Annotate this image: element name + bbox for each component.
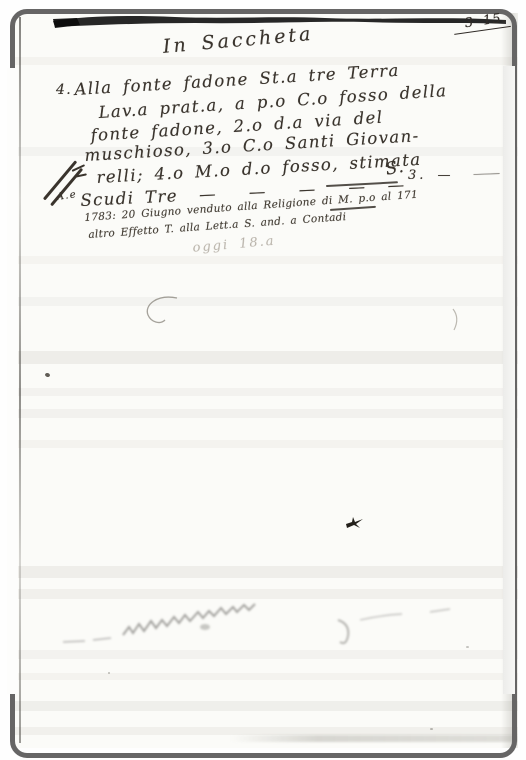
pencil-note: oggi 18.a [192, 234, 276, 256]
valuation-symbol: S. [384, 157, 406, 180]
folio-number: 3 15. [452, 10, 511, 35]
paper-speck [466, 646, 469, 648]
entry-number: 4. [56, 82, 72, 98]
reference-underline [330, 206, 376, 211]
section-heading: In Saccheta [162, 23, 314, 58]
stray-curve-mark [448, 307, 462, 333]
paper-speck [108, 672, 110, 674]
ink-dot [45, 372, 51, 377]
scanner-fiber-mark [141, 294, 183, 330]
valuation-far-dash: — [472, 166, 504, 182]
paper-speck [282, 40, 284, 42]
valuation-amount: 3. — [408, 168, 454, 183]
paper-speck [430, 728, 433, 730]
margin-mark-label: A.e [56, 189, 78, 203]
manuscript-content: 3 15. In Saccheta 4. Alla fonte fadone S… [0, 0, 526, 760]
bleedthrough-writing [55, 600, 475, 658]
ink-blot [344, 515, 366, 531]
scanned-manuscript-view: 3 15. In Saccheta 4. Alla fonte fadone S… [0, 0, 526, 760]
